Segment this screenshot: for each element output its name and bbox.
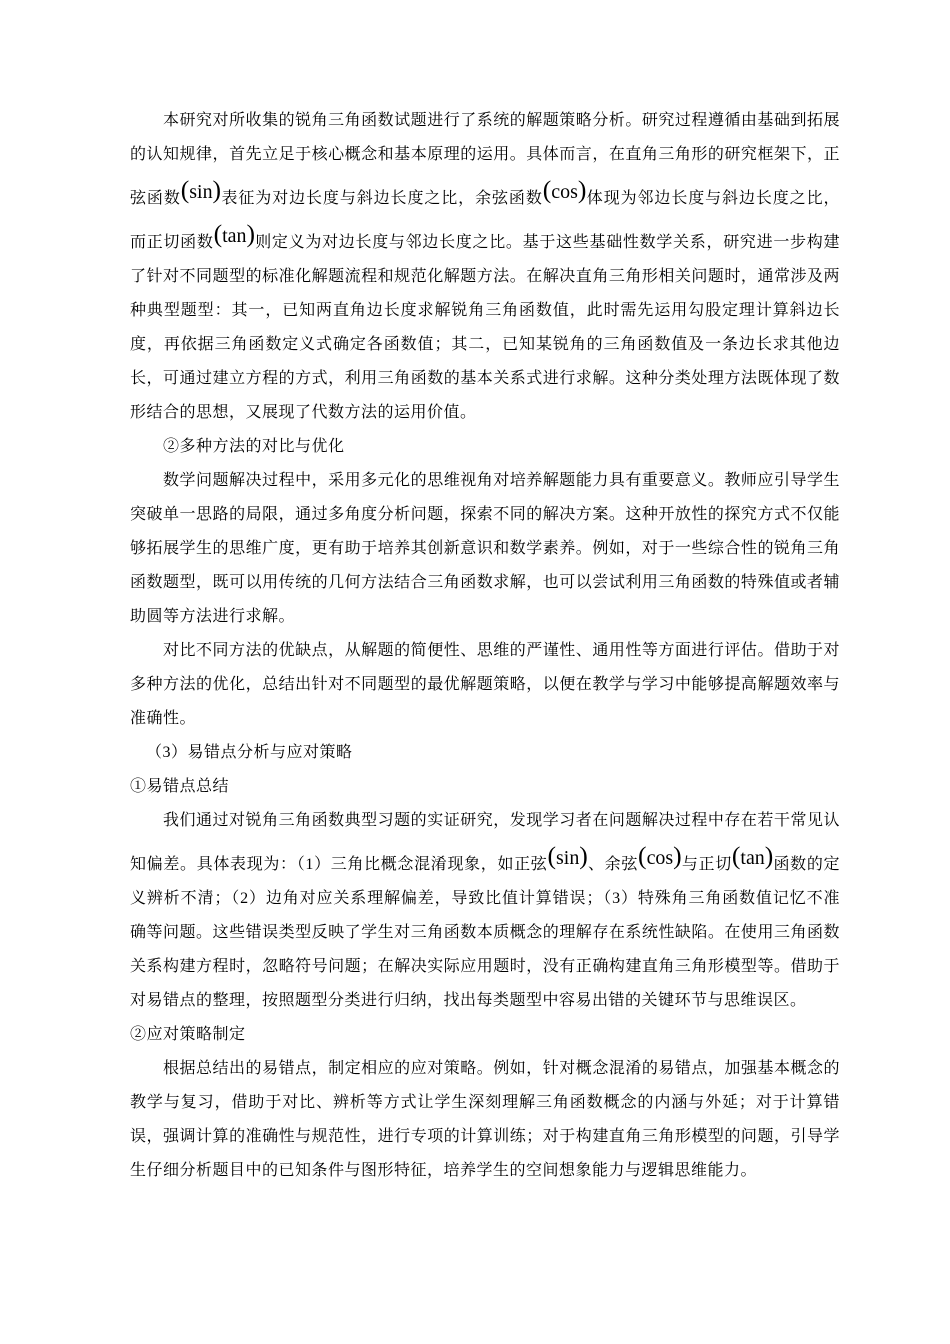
text-run: 函数的定义辨析不清；（2）边角对应关系理解偏差，导致比值计算错误；（3）特殊角三…	[130, 856, 840, 1009]
formula-function-name: cos	[551, 181, 578, 203]
text-run: （3）易错点分析与应对策略	[146, 744, 353, 761]
formula-open-paren: (	[214, 219, 223, 248]
para-strategy-overview: 本研究对所收集的锐角三角函数试题进行了系统的解题策略分析。研究过程遵循由基础到拓…	[130, 104, 840, 430]
para-strategy-formulation: 根据总结出的易错点，制定相应的应对策略。例如，针对概念混淆的易错点，加强基本概念…	[130, 1052, 840, 1188]
formula-sin: (sin)	[181, 179, 221, 203]
formula-function-name: tan	[740, 847, 764, 869]
heading-strategy-formulation: ②应对策略制定	[130, 1018, 840, 1052]
formula-sin: (sin)	[547, 845, 587, 869]
formula-close-paren: )	[579, 841, 588, 870]
text-run: ①易错点总结	[130, 778, 229, 795]
formula-cos: (cos)	[543, 179, 587, 203]
text-run: 、余弦	[588, 856, 638, 873]
formula-function-name: tan	[222, 225, 246, 247]
text-run: ②多种方法的对比与优化	[163, 438, 345, 455]
formula-close-paren: )	[673, 841, 682, 870]
formula-open-paren: (	[547, 841, 556, 870]
para-error-summary: 我们通过对锐角三角函数典型习题的实证研究，发现学习者在问题解决过程中存在若干常见…	[130, 804, 840, 1018]
formula-open-paren: (	[181, 175, 190, 204]
formula-close-paren: )	[246, 219, 255, 248]
formula-tan: (tan)	[214, 223, 255, 247]
formula-close-paren: )	[213, 175, 222, 204]
heading-method-comparison: ②多种方法的对比与优化	[130, 430, 840, 464]
text-run: 表征为对边长度与斜边长度之比，余弦函数	[221, 190, 543, 207]
formula-open-paren: (	[543, 175, 552, 204]
heading-error-summary: ①易错点总结	[130, 770, 840, 804]
text-run: 数学问题解决过程中，采用多元化的思维视角对培养解题能力具有重要意义。教师应引导学…	[130, 472, 840, 625]
formula-cos: (cos)	[638, 845, 682, 869]
para-method-evaluation: 对比不同方法的优缺点，从解题的简便性、思维的严谨性、通用性等方面进行评估。借助于…	[130, 634, 840, 736]
document-page: 本研究对所收集的锐角三角函数试题进行了系统的解题策略分析。研究过程遵循由基础到拓…	[0, 0, 950, 1344]
formula-function-name: sin	[189, 181, 212, 203]
formula-function-name: sin	[556, 847, 579, 869]
heading-error-analysis: （3）易错点分析与应对策略	[130, 736, 840, 770]
text-run: ②应对策略制定	[130, 1026, 246, 1043]
text-run: 根据总结出的易错点，制定相应的应对策略。例如，针对概念混淆的易错点，加强基本概念…	[130, 1060, 840, 1179]
formula-open-paren: (	[638, 841, 647, 870]
text-run: 则定义为对边长度与邻边长度之比。基于这些基础性数学关系，研究进一步构建了针对不同…	[130, 234, 840, 421]
formula-function-name: cos	[647, 847, 674, 869]
text-run: 对比不同方法的优缺点，从解题的简便性、思维的严谨性、通用性等方面进行评估。借助于…	[130, 642, 840, 727]
para-method-diversity: 数学问题解决过程中，采用多元化的思维视角对培养解题能力具有重要意义。教师应引导学…	[130, 464, 840, 634]
formula-tan: (tan)	[732, 845, 773, 869]
document-body: 本研究对所收集的锐角三角函数试题进行了系统的解题策略分析。研究过程遵循由基础到拓…	[130, 104, 840, 1188]
text-run: 与正切	[682, 856, 732, 873]
